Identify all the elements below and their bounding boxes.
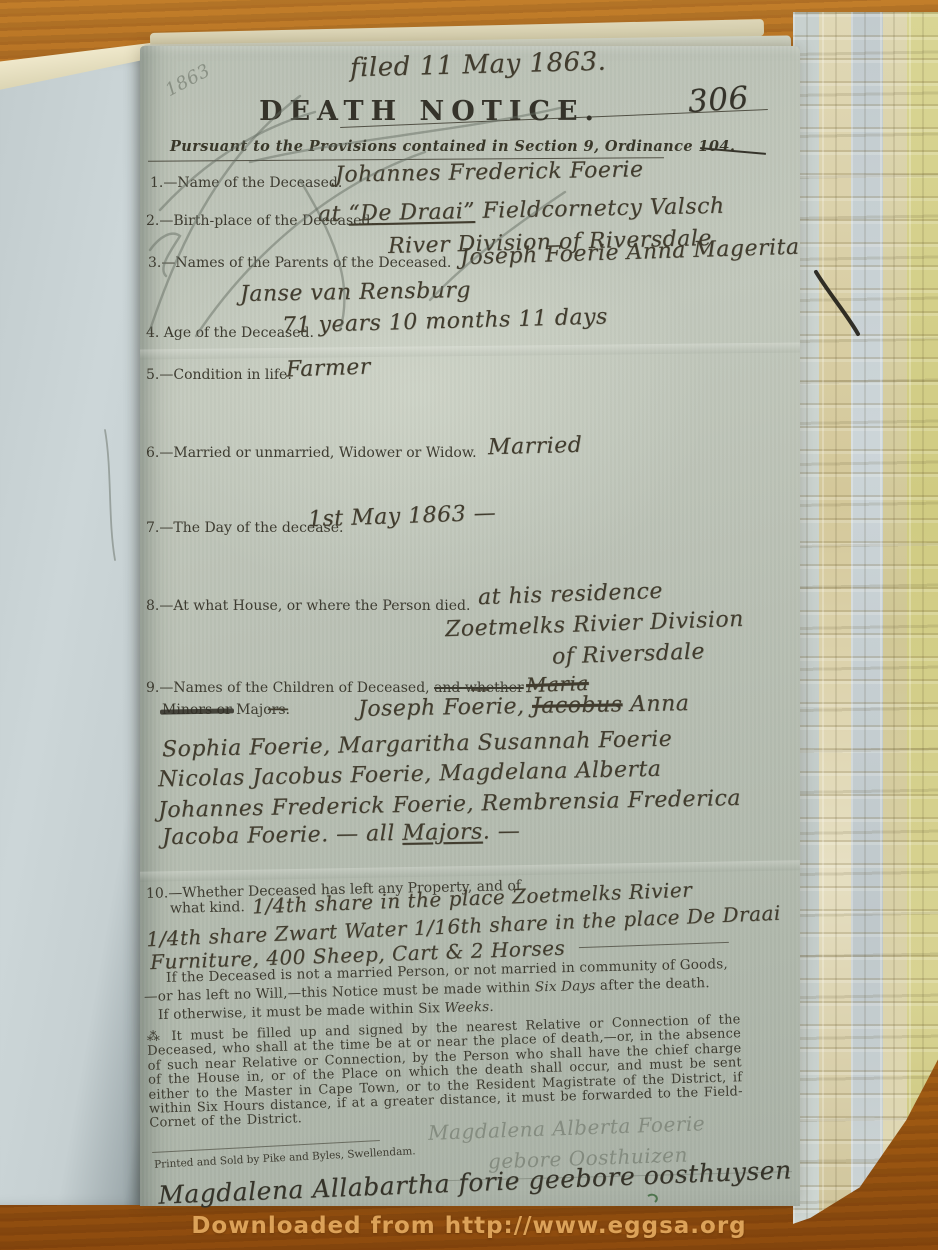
- left-facing-page: [0, 60, 143, 1205]
- field-9-label-line1: 9.—Names of the Children of Deceased, an…: [146, 680, 524, 696]
- field-9-answer5-post: . —: [483, 819, 521, 845]
- field-9-answer5-pre: Jacoba Foerie. — all: [162, 821, 403, 850]
- tattered-page-stack: [793, 12, 938, 1230]
- field-5-label: 5.—Condition in life.: [146, 367, 292, 383]
- note-2-em: Weeks.: [444, 999, 494, 1016]
- field-9-answer5-underlined: Majors: [402, 820, 483, 846]
- field-9-label-pre: 9.—Names of the Children of Deceased,: [146, 680, 434, 696]
- archive-photo: filed 11 May 1863. 306 DEATH NOTICE. Pur…: [0, 0, 938, 1250]
- field-8-label: 8.—At what House, or where the Person di…: [146, 598, 470, 614]
- form-title: DEATH NOTICE.: [200, 96, 660, 127]
- form-subtitle: Pursuant to the Provisions contained in …: [170, 138, 690, 155]
- field-9-answer1-post: Anna: [622, 691, 689, 717]
- field-10-label-line2: what kind.: [170, 899, 245, 917]
- field-3-label: 3.—Names of the Parents of the Deceased.: [148, 255, 451, 271]
- death-notice-page: filed 11 May 1863. 306 DEATH NOTICE. Pur…: [140, 46, 800, 1206]
- paper-edge-highlights: [793, 12, 938, 1230]
- document-number: 306: [687, 80, 750, 120]
- field-8-answer-line3: of Riversdale: [552, 639, 706, 669]
- site-watermark: Downloaded from http://www.eggsa.org: [0, 1213, 938, 1239]
- field-6-label: 6.—Married or unmarried, Widower or Wido…: [146, 445, 477, 461]
- field-2-answer-pre: at: [318, 202, 349, 228]
- field-9-answer-dash: —: [267, 696, 290, 721]
- note-1-line2-post: after the death.: [595, 975, 710, 994]
- note-1-line2-em: Six Days: [535, 978, 596, 995]
- field-9-label-struck-minors: Minors or: [162, 702, 232, 718]
- field-5-answer: Farmer: [286, 355, 372, 383]
- field-3-answer-line2: Janse van Rensburg: [240, 278, 471, 307]
- field-9-answer1-pre: Joseph Foerie,: [358, 694, 532, 722]
- field-1-label: 1.—Name of the Deceased.: [150, 175, 342, 191]
- handwritten-rule: [579, 942, 729, 948]
- field-2-answer-post: Fieldcornetcy Valsch: [475, 194, 725, 224]
- field-6-answer: Married: [488, 433, 583, 460]
- field-2-answer-underlined: “De Draai”: [348, 199, 475, 227]
- field-9-answer1-struck: Jacobus: [532, 692, 623, 719]
